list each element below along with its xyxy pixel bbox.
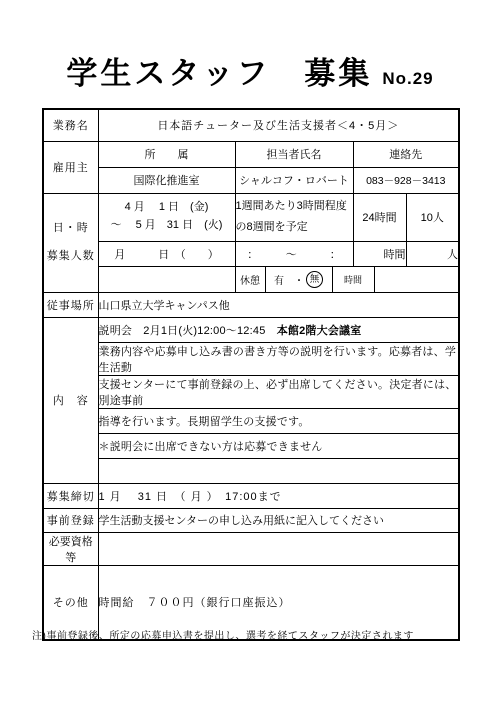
value-people-count: 10人 (406, 193, 459, 241)
header-contact-person: 担当者氏名 (235, 141, 353, 167)
value-weekly-hours: 1週間あたり3時間程度 の8週間を予定 (235, 193, 353, 241)
title-number: No.29 (382, 69, 433, 88)
break-cell: 休憩 有 ・ 無 時間 (235, 266, 459, 292)
value-pre-registration: 学生活動支援センターの申し込み用紙に記入してください (98, 508, 459, 532)
value-job-title: 日本語チューター及び生活支援者＜4・5月＞ (98, 109, 459, 141)
unit-people: 人 (406, 241, 459, 266)
row-content-line4: ＊説明会に出席できない方は応募できません (43, 433, 459, 458)
label-employer: 雇用主 (43, 141, 98, 193)
header-department: 所 属 (98, 141, 235, 167)
break-hours-label: 時間 (333, 267, 375, 292)
content-line1: 業務内容や応募申し込み書の書き方等の説明を行います。応募者は、学生活動 (98, 342, 459, 375)
value-total-hours: 24時間 (353, 193, 406, 241)
break-label: 休憩 (236, 267, 266, 292)
label-content: 内 容 (43, 317, 98, 483)
row-schedule-blank: 月 日 （ ） ： ～ ： 時間 人 (43, 241, 459, 266)
footnote-text: 注)事前登録後、所定の応募申込書を提出し、選考を経てスタッフが決定されます (32, 627, 414, 642)
briefing-location: 本館2階大会議室 (277, 325, 362, 337)
row-employer-values: 国際化推進室 シャルコフ・ロバート 083－928－3413 (43, 167, 459, 193)
row-break: 休憩 有 ・ 無 時間 (43, 266, 459, 292)
break-options: 休憩 有 ・ 無 時間 (236, 267, 459, 292)
row-work-location: 従事場所 山口県立大学キャンパス他 (43, 292, 459, 317)
unit-hours: 時間 (353, 241, 406, 266)
break-right-empty (375, 267, 459, 292)
label-deadline: 募集締切 (43, 483, 98, 508)
value-briefing-session: 説明会 2月1日(火)12:00～12:45 本館2階大会議室 (98, 317, 459, 342)
label-job-title: 業務名 (43, 109, 98, 141)
blank-date-field: 月 日 （ ） (98, 241, 235, 266)
document-page: 学生スタッフ 募集No.29 業務名 日本語チューター及び生活支援者＜4・5月＞… (0, 0, 500, 707)
row-job-title: 業務名 日本語チューター及び生活支援者＜4・5月＞ (43, 109, 459, 141)
label-schedule-line2: 募集人数 (44, 250, 98, 263)
row-content-briefing: 内 容 説明会 2月1日(火)12:00～12:45 本館2階大会議室 (43, 317, 459, 342)
row-content-line2: 支援センターにて事前登録の上、必ず出席してください。決定者には、別途事前 (43, 375, 459, 408)
page-title: 学生スタッフ 募集No.29 (0, 48, 500, 93)
row-deadline: 募集締切 1 月 31 日 （ 月 ） 17:00まで (43, 483, 459, 508)
row-employer-header: 雇用主 所 属 担当者氏名 連絡先 (43, 141, 459, 167)
content-line2: 支援センターにて事前登録の上、必ず出席してください。決定者には、別途事前 (98, 375, 459, 408)
value-period: 4 月 1 日 (金) ～ 5 月 31 日 (火) (98, 193, 235, 241)
break-yes-no: 有 ・ 無 (266, 267, 333, 292)
header-contact-info: 連絡先 (353, 141, 459, 167)
row-content-line3: 指導を行います。長期留学生の支援です。 (43, 408, 459, 433)
row-qualifications: 必要資格等 (43, 532, 459, 565)
row-content-empty (43, 458, 459, 483)
value-department: 国際化推進室 (98, 167, 235, 193)
label-schedule-line1: 日・時 (44, 222, 98, 235)
label-pre-registration: 事前登録 (43, 508, 98, 532)
briefing-datetime: 説明会 2月1日(火)12:00～12:45 (99, 325, 277, 337)
row-schedule-main: 日・時 募集人数 4 月 1 日 (金) ～ 5 月 31 日 (火) 1週間あ… (43, 193, 459, 241)
content-line3: 指導を行います。長期留学生の支援です。 (98, 408, 459, 433)
label-schedule: 日・時 募集人数 (43, 193, 98, 292)
break-yes-option: 有 ・ (274, 272, 304, 287)
value-qualifications (98, 532, 459, 565)
content-empty-line (98, 458, 459, 483)
row-content-line1: 業務内容や応募申し込み書の書き方等の説明を行います。応募者は、学生活動 (43, 342, 459, 375)
title-text: 学生スタッフ 募集 (66, 56, 372, 91)
value-deadline: 1 月 31 日 （ 月 ） 17:00まで (98, 483, 459, 508)
break-left-empty-cell (98, 266, 235, 292)
blank-time-field: ： ～ ： (235, 241, 353, 266)
value-contact-person: シャルコフ・ロバート (235, 167, 353, 193)
label-work-location: 従事場所 (43, 292, 98, 317)
value-work-location: 山口県立大学キャンパス他 (98, 292, 459, 317)
recruitment-form-table: 業務名 日本語チューター及び生活支援者＜4・5月＞ 雇用主 所 属 担当者氏名 … (42, 108, 460, 641)
row-pre-registration: 事前登録 学生活動支援センターの申し込み用紙に記入してください (43, 508, 459, 532)
value-phone-number: 083－928－3413 (353, 167, 459, 193)
content-line4: ＊説明会に出席できない方は応募できません (98, 433, 459, 458)
break-no-option-circled: 無 (306, 271, 323, 288)
label-qualifications: 必要資格等 (43, 532, 98, 565)
